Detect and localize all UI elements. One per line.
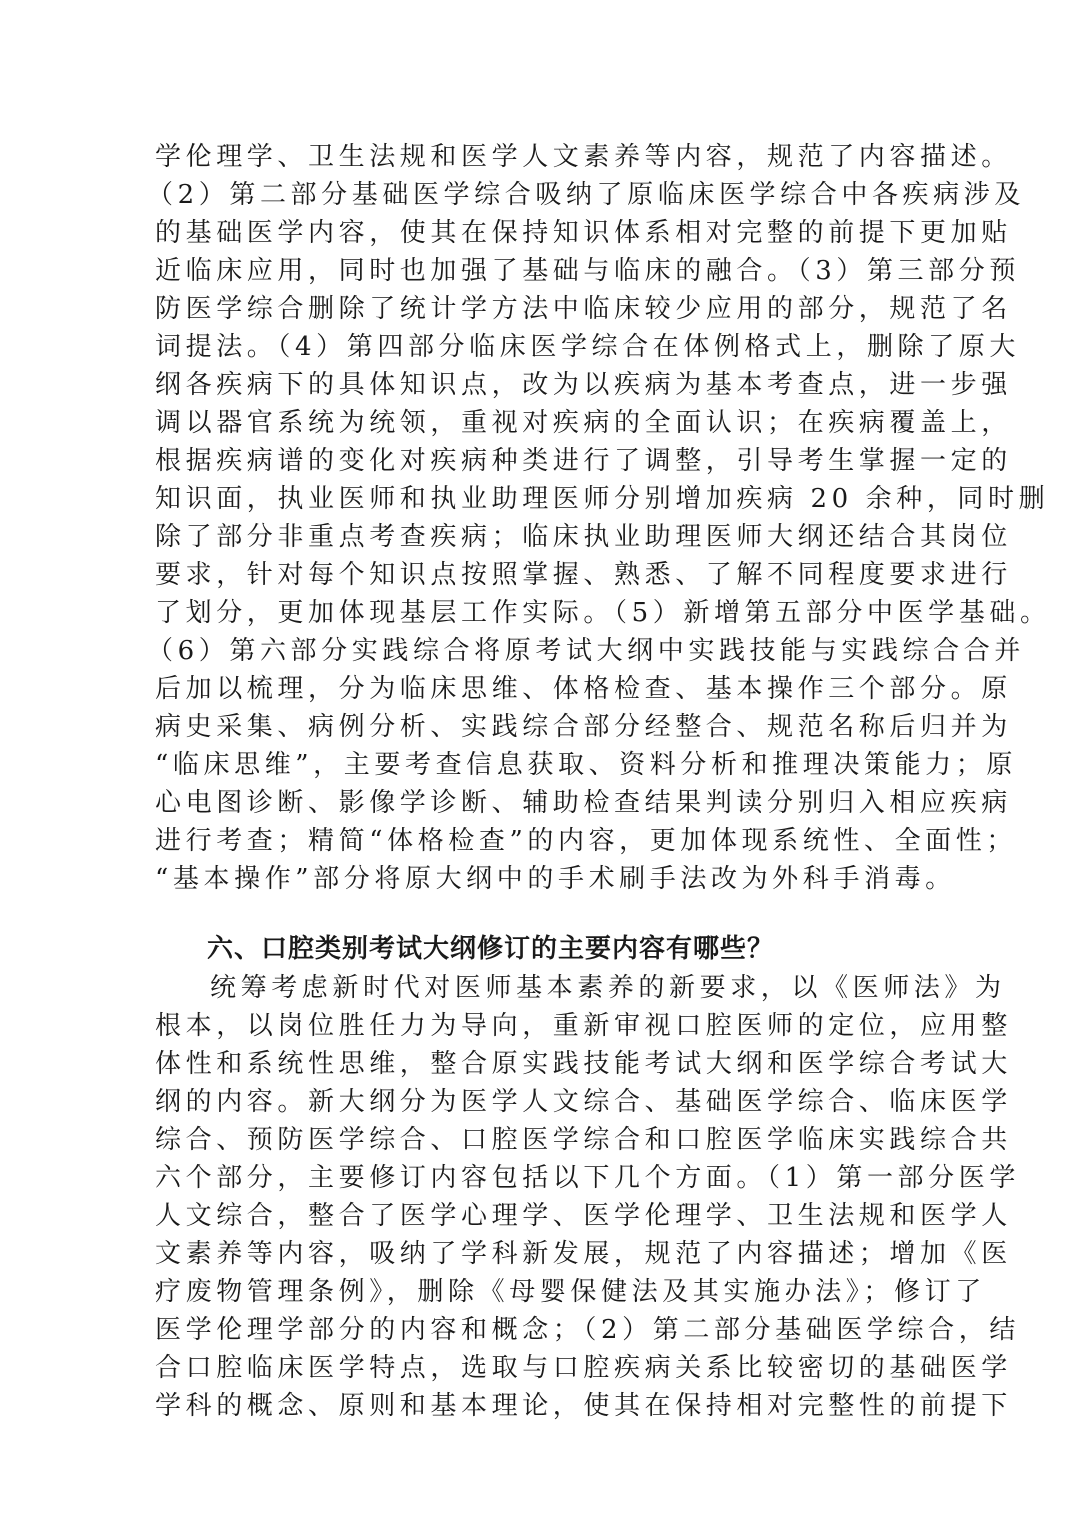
- text-line: “基本操作”部分将原大纲中的手术刷手法改为外科手消毒。: [155, 860, 947, 898]
- text-line: 后加以梳理，分为临床思维、体格检查、基本操作三个部分。原: [155, 670, 947, 708]
- section-5-continued: 学伦理学、卫生法规和医学人文素养等内容，规范了内容描述。 （2）第二部分基础医学…: [155, 138, 947, 898]
- text-line: 学伦理学、卫生法规和医学人文素养等内容，规范了内容描述。: [155, 138, 947, 176]
- text-line: 了划分，更加体现基层工作实际。（5）新增第五部分中医学基础。: [155, 594, 947, 632]
- text-line: 文素养等内容，吸纳了学科新发展，规范了内容描述；增加《医: [155, 1235, 947, 1273]
- text-line: 纲各疾病下的具体知识点，改为以疾病为基本考查点，进一步强: [155, 366, 947, 404]
- text-line: 合口腔临床医学特点，选取与口腔疾病关系比较密切的基础医学: [155, 1349, 947, 1387]
- text-line: 的基础医学内容，使其在保持知识体系相对完整的前提下更加贴: [155, 214, 947, 252]
- section-spacer: [155, 898, 947, 929]
- text-line: 病史采集、病例分析、实践综合部分经整合、规范名称后归并为: [155, 708, 947, 746]
- section-heading: 六、口腔类别考试大纲修订的主要内容有哪些？: [155, 929, 947, 969]
- text-line: 近临床应用，同时也加强了基础与临床的融合。（3）第三部分预: [155, 252, 947, 290]
- text-line: “临床思维”，主要考查信息获取、资料分析和推理决策能力；原: [155, 746, 947, 784]
- text-line: 进行考查；精简“体格检查”的内容，更加体现系统性、全面性；: [155, 822, 947, 860]
- text-line: 要求，针对每个知识点按照掌握、熟悉、了解不同程度要求进行: [155, 556, 947, 594]
- text-line: 疗废物管理条例》，删除《母婴保健法及其实施办法》；修订了: [155, 1273, 947, 1311]
- text-line: 词提法。（4）第四部分临床医学综合在体例格式上，删除了原大: [155, 328, 947, 366]
- text-line: 防医学综合删除了统计学方法中临床较少应用的部分，规范了名: [155, 290, 947, 328]
- text-line: 纲的内容。新大纲分为医学人文综合、基础医学综合、临床医学: [155, 1083, 947, 1121]
- section-6: 六、口腔类别考试大纲修订的主要内容有哪些？ 统筹考虑新时代对医师基本素养的新要求…: [155, 929, 947, 1425]
- text-line: 心电图诊断、影像学诊断、辅助检查结果判读分别归入相应疾病: [155, 784, 947, 822]
- text-line: 调以器官系统为统领，重视对疾病的全面认识；在疾病覆盖上，: [155, 404, 947, 442]
- text-line: 知识面，执业医师和执业助理医师分别增加疾病 20 余种，同时删: [155, 480, 947, 518]
- text-line: 人文综合，整合了医学心理学、医学伦理学、卫生法规和医学人: [155, 1197, 947, 1235]
- text-line: （6）第六部分实践综合将原考试大纲中实践技能与实践综合合并: [147, 632, 947, 670]
- text-line: 医学伦理学部分的内容和概念；（2）第二部分基础医学综合，结: [155, 1311, 947, 1349]
- text-line: 学科的概念、原则和基本理论，使其在保持相对完整性的前提下: [155, 1387, 947, 1425]
- text-line: 六个部分，主要修订内容包括以下几个方面。（1）第一部分医学: [155, 1159, 947, 1197]
- text-line: 统筹考虑新时代对医师基本素养的新要求，以《医师法》为: [155, 969, 947, 1007]
- text-line: 体性和系统性思维，整合原实践技能考试大纲和医学综合考试大: [155, 1045, 947, 1083]
- text-line: 综合、预防医学综合、口腔医学综合和口腔医学临床实践综合共: [155, 1121, 947, 1159]
- text-line: （2）第二部分基础医学综合吸纳了原临床医学综合中各疾病涉及: [147, 176, 947, 214]
- text-line: 根据疾病谱的变化对疾病种类进行了调整，引导考生掌握一定的: [155, 442, 947, 480]
- text-line: 除了部分非重点考查疾病；临床执业助理医师大纲还结合其岗位: [155, 518, 947, 556]
- text-line: 根本，以岗位胜任力为导向，重新审视口腔医师的定位，应用整: [155, 1007, 947, 1045]
- document-page: 学伦理学、卫生法规和医学人文素养等内容，规范了内容描述。 （2）第二部分基础医学…: [155, 138, 947, 1425]
